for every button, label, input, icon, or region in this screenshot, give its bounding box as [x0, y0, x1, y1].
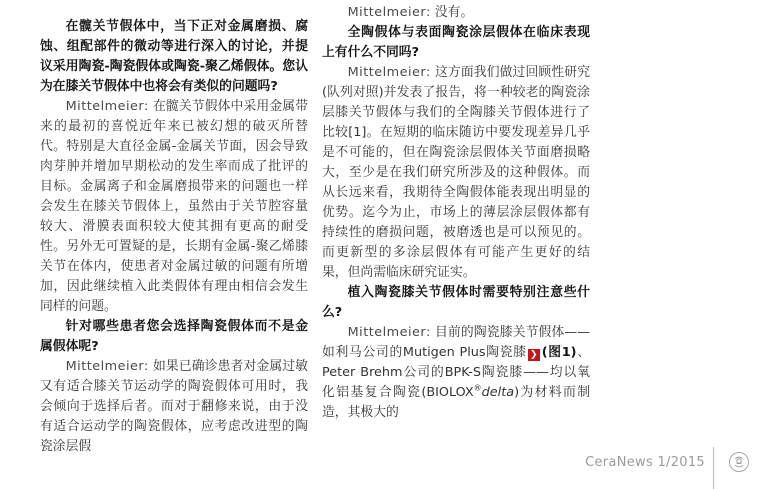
speaker-name: Mittelmeier:	[66, 99, 149, 114]
question-paragraph: 植入陶瓷膝关节假体时需要特别注意些什么?	[322, 283, 590, 323]
cera-emblem-icon	[727, 450, 751, 474]
figure-link-icon[interactable]: ❯	[528, 349, 540, 361]
answer-paragraph: Mittelmeier: 这方面我们做过回顾性研究(队列对照)并发表了报告，将一…	[322, 63, 590, 283]
question-paragraph: 全陶假体与表面陶瓷涂层假体在临床表现上有什么不同吗?	[322, 23, 590, 63]
registered-trademark-symbol: ®	[474, 384, 482, 393]
right-text-column: Mittelmeier: 没有。 全陶假体与表面陶瓷涂层假体在临床表现上有什么不…	[322, 3, 590, 423]
speaker-name: Mittelmeier:	[348, 325, 431, 340]
answer-text: 在髋关节假体中采用金属带来的最初的喜悦近年来已被幻想的破灭所替代。特别是大直径金…	[40, 99, 308, 314]
figure-reference: (图1)	[542, 345, 577, 360]
answer-text: 这方面我们做过回顾性研究(队列对照)并发表了报告，将一种较老的陶瓷涂层膝关节假体…	[322, 65, 590, 280]
speaker-name: Mittelmeier:	[348, 65, 431, 80]
answer-paragraph: Mittelmeier: 没有。	[322, 3, 590, 23]
speaker-name: Mittelmeier:	[348, 5, 431, 20]
magazine-page: 在髋关节假体中，当下正对金属磨损、腐蚀、组配部件的微动等进行深入的讨论，并提议采…	[0, 0, 780, 489]
question-paragraph: 在髋关节假体中，当下正对金属磨损、腐蚀、组配部件的微动等进行深入的讨论，并提议采…	[40, 17, 308, 97]
answer-paragraph-with-figure-link: Mittelmeier: 目前的陶瓷膝关节假体——如利马公司的Mutigen P…	[322, 323, 590, 423]
question-paragraph: 针对哪些患者您会选择陶瓷假体而不是金属假体呢?	[40, 317, 308, 357]
footer-divider-line	[713, 447, 714, 489]
answer-paragraph: Mittelmeier: 在髋关节假体中采用金属带来的最初的喜悦近年来已被幻想的…	[40, 97, 308, 317]
answer-paragraph: Mittelmeier: 如果已确诊患者对金属过敏又有适合膝关节运动学的陶瓷假体…	[40, 357, 308, 457]
answer-text: 没有。	[435, 5, 473, 20]
left-text-column: 在髋关节假体中，当下正对金属磨损、腐蚀、组配部件的微动等进行深入的讨论，并提议采…	[40, 17, 308, 457]
footer-edition-label: CeraNews 1/2015	[585, 455, 705, 470]
speaker-name: Mittelmeier:	[66, 359, 149, 374]
product-variant-name: delta	[482, 385, 514, 400]
